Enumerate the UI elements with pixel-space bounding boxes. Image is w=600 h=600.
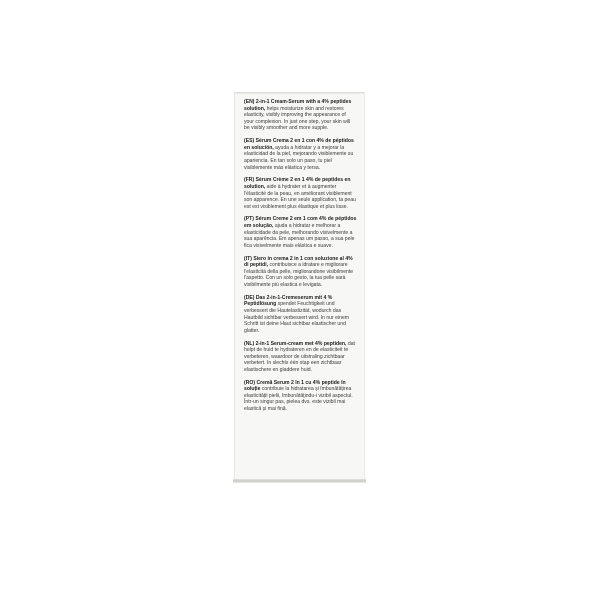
product-box-side-panel: (EN) 2-in-1 Cream-Serum with a 4% peptid… (234, 92, 365, 481)
multilingual-description: (EN) 2-in-1 Cream-Serum with a 4% peptid… (244, 99, 357, 419)
description-es: (ES) Sérum Crema 2 en 1 con 4% de péptid… (244, 138, 357, 171)
box-top-edge (235, 92, 364, 94)
description-pt: (PT) Sérum Creme 2 em 1 com 4% de péptid… (244, 216, 357, 249)
description-it: (IT) Siero in crema 2 in 1 con soluzione… (244, 256, 357, 289)
description-ro: (RO) Cremă Serum 2 în 1 cu 4% peptide în… (244, 380, 357, 413)
box-bottom-edge (233, 479, 366, 483)
description-de: (DE) Das 2-in-1-Cremeserum mit 4 % Pepti… (244, 295, 357, 335)
description-nl: (NL) 2-in-1 Serum-cream met 4% peptiden,… (244, 341, 357, 374)
description-ro-body: contribuie la hidratarea și îmbunătățire… (244, 386, 353, 412)
description-en: (EN) 2-in-1 Cream-Serum with a 4% peptid… (244, 99, 357, 132)
description-fr: (FR) Sérum Crème 2 en 1 4% de peptides e… (244, 177, 357, 210)
description-nl-lead: (NL) 2-in-1 Serum-cream met 4% peptiden, (244, 341, 346, 347)
product-photo-stage: (EN) 2-in-1 Cream-Serum with a 4% peptid… (0, 0, 600, 600)
